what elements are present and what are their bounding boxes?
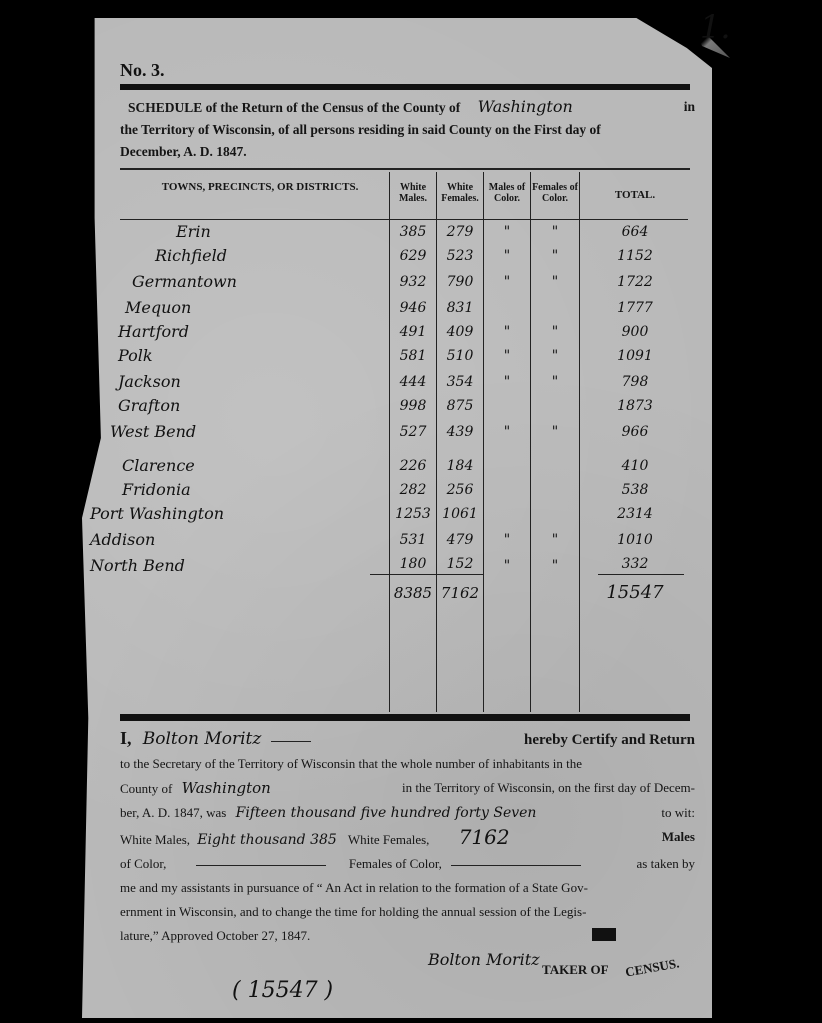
white-males-cell: 527	[390, 424, 436, 440]
cert-county-label: County of	[120, 781, 172, 796]
white-males-cell: 932	[390, 274, 436, 290]
cert-as-taken-by: as taken by	[637, 852, 695, 876]
table-top-rule	[120, 168, 690, 170]
total-white-males: 8385	[390, 584, 436, 602]
white-females-cell: 184	[437, 458, 483, 474]
total-cell: 1152	[590, 248, 680, 264]
footer-total-handwritten: ( 15547 )	[232, 978, 333, 1003]
page-number: 1.	[700, 8, 731, 46]
males-color-cell: "	[484, 224, 530, 240]
white-males-cell: 998	[390, 398, 436, 414]
cert-was-label: ber, A. D. 1847, was	[120, 805, 226, 820]
town-name: North Bend	[90, 556, 185, 575]
white-females-cell: 409	[437, 324, 483, 340]
schedule-heading: SCHEDULE of the Return of the Census of …	[120, 96, 695, 163]
certification-block: I, Bolton Moritz hereby Certify and Retu…	[120, 726, 695, 948]
total-cell: 332	[590, 556, 680, 572]
cert-of-color-label: of Color,	[120, 856, 166, 871]
females-of-color-blank	[451, 865, 581, 866]
cert-white-males-label: White Males,	[120, 832, 190, 847]
total-cell: 1777	[590, 300, 680, 316]
county-handwritten: Washington	[478, 97, 573, 116]
total-cell: 1873	[590, 398, 680, 414]
form-number: No. 3.	[120, 60, 165, 81]
white-females-cell: 439	[437, 424, 483, 440]
cert-line7: ernment in Wisconsin, and to change the …	[120, 900, 695, 924]
ink-blot	[592, 928, 616, 941]
cert-line2: to the Secretary of the Territory of Wis…	[120, 752, 695, 776]
white-males-words: Eight thousand 385	[197, 832, 337, 848]
taker-of-label: TAKER OF	[542, 962, 609, 978]
town-name: Mequon	[125, 298, 191, 317]
total-cell: 1010	[590, 532, 680, 548]
cert-males-label: Males	[662, 825, 695, 852]
females-color-cell: "	[531, 224, 579, 240]
town-name: Germantown	[132, 272, 237, 291]
header-white-females: White Females.	[437, 182, 483, 204]
white-males-cell: 385	[390, 224, 436, 240]
town-name: Polk	[118, 346, 153, 365]
white-males-cell: 946	[390, 300, 436, 316]
header-males-of-color: Males of Color.	[484, 182, 530, 204]
white-females-cell: 523	[437, 248, 483, 264]
white-males-cell: 581	[390, 348, 436, 364]
males-color-cell: "	[484, 424, 530, 440]
cert-county-handwritten: Washington	[182, 779, 271, 797]
town-name: Addison	[90, 530, 155, 549]
certification-rule	[120, 714, 690, 721]
town-name: Fridonia	[122, 480, 191, 499]
white-males-cell: 282	[390, 482, 436, 498]
town-name: Richfield	[155, 246, 227, 265]
col-divider	[579, 172, 580, 712]
white-males-cell: 629	[390, 248, 436, 264]
cert-line6: me and my assistants in pursuance of “ A…	[120, 876, 695, 900]
white-females-cell: 875	[437, 398, 483, 414]
white-females-cell: 1061	[437, 506, 483, 522]
total-cell: 2314	[590, 506, 680, 522]
females-color-cell: "	[531, 424, 579, 440]
cert-i: I,	[120, 728, 132, 748]
white-females-cell: 510	[437, 348, 483, 364]
white-females-cell: 256	[437, 482, 483, 498]
town-name: Hartford	[118, 322, 189, 341]
males-color-cell: "	[484, 374, 530, 390]
cert-white-females-label: White Females,	[348, 832, 430, 847]
subtotal-rule	[370, 574, 484, 575]
total-in-words: Fifteen thousand five hundred forty Seve…	[236, 805, 537, 821]
females-color-cell: "	[531, 532, 579, 548]
males-of-color-blank	[196, 865, 326, 866]
total-cell: 966	[590, 424, 680, 440]
males-color-cell: "	[484, 558, 530, 574]
females-color-cell: "	[531, 348, 579, 364]
cert-certify: hereby Certify and Return	[524, 728, 695, 752]
white-males-cell: 491	[390, 324, 436, 340]
schedule-line3: December, A. D. 1847.	[120, 141, 695, 163]
cert-females-of-color-label: Females of Color,	[349, 856, 442, 871]
total-cell: 410	[590, 458, 680, 474]
females-color-cell: "	[531, 274, 579, 290]
white-females-value: 7162	[459, 825, 510, 849]
females-color-cell: "	[531, 324, 579, 340]
header-rule	[120, 84, 690, 90]
town-name: Grafton	[118, 396, 180, 415]
cert-county-suffix: in the Territory of Wisconsin, on the fi…	[402, 776, 695, 801]
town-name: Erin	[176, 222, 211, 241]
females-color-cell: "	[531, 374, 579, 390]
taker-signature: Bolton Moritz	[428, 950, 540, 969]
white-females-cell: 479	[437, 532, 483, 548]
town-name: West Bend	[110, 422, 196, 441]
white-females-cell: 152	[437, 556, 483, 572]
white-females-cell: 831	[437, 300, 483, 316]
white-females-cell: 790	[437, 274, 483, 290]
males-color-cell: "	[484, 348, 530, 364]
white-males-cell: 531	[390, 532, 436, 548]
town-name: Clarence	[122, 456, 195, 475]
total-rule	[598, 574, 684, 575]
header-bottom-rule	[120, 219, 688, 220]
males-color-cell: "	[484, 248, 530, 264]
total-cell: 900	[590, 324, 680, 340]
total-cell: 1091	[590, 348, 680, 364]
schedule-line1-suffix: in	[684, 96, 695, 119]
white-males-cell: 226	[390, 458, 436, 474]
total-cell: 1722	[590, 274, 680, 290]
total-cell: 664	[590, 224, 680, 240]
males-color-cell: "	[484, 532, 530, 548]
males-color-cell: "	[484, 324, 530, 340]
schedule-line1: SCHEDULE of the Return of the Census of …	[128, 100, 460, 115]
total-cell: 798	[590, 374, 680, 390]
white-females-cell: 354	[437, 374, 483, 390]
header-towns: TOWNS, PRECINCTS, OR DISTRICTS.	[150, 182, 370, 193]
taker-name-handwritten: Bolton Moritz	[143, 729, 262, 749]
females-color-cell: "	[531, 248, 579, 264]
town-name: Port Washington	[90, 504, 224, 523]
schedule-line2: the Territory of Wisconsin, of all perso…	[120, 119, 695, 141]
cert-to-wit: to wit:	[661, 801, 695, 825]
town-name: Jackson	[118, 372, 181, 391]
white-females-cell: 279	[437, 224, 483, 240]
grand-total: 15547	[590, 582, 680, 603]
white-males-cell: 1253	[390, 506, 436, 522]
header-total: TOTAL.	[580, 190, 690, 201]
header-white-males: White Males.	[390, 182, 436, 204]
total-cell: 538	[590, 482, 680, 498]
header-females-of-color: Females of Color.	[531, 182, 579, 204]
white-males-cell: 180	[390, 556, 436, 572]
females-color-cell: "	[531, 558, 579, 574]
total-white-females: 7162	[437, 584, 483, 602]
white-males-cell: 444	[390, 374, 436, 390]
males-color-cell: "	[484, 274, 530, 290]
